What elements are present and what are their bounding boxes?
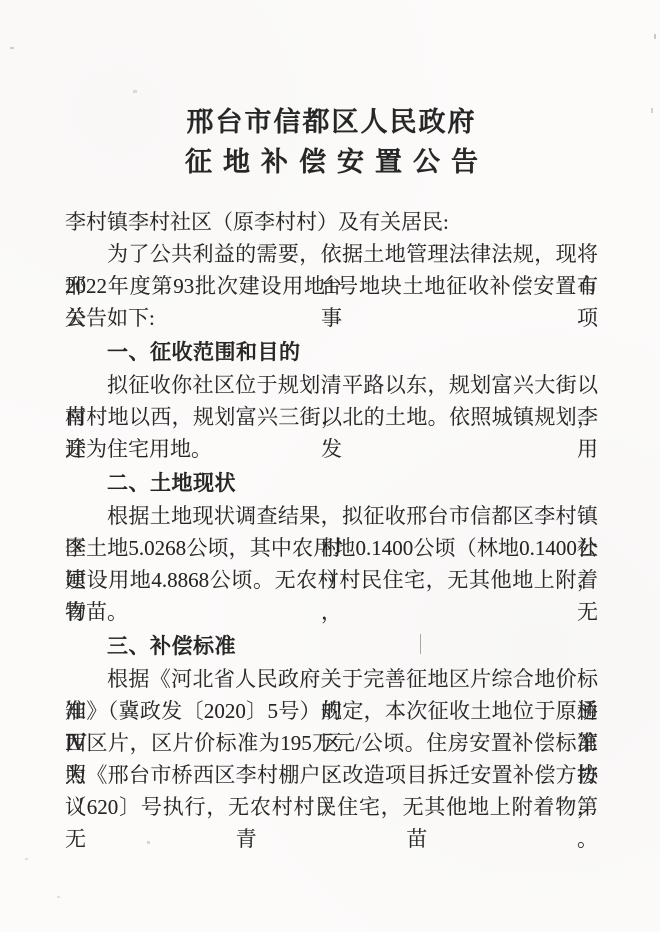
section2-heading: 二、土地现状 — [65, 468, 598, 500]
section2-line-1: 根据土地现状调查结果，拟征收邢台市信都区李村镇李村社 — [65, 500, 598, 532]
intro-line-2: 2022年度第93批次建设用地1号地块土地征收补偿安置有关事项 — [65, 270, 598, 302]
title-subject: 征地补偿安置公告 — [65, 144, 598, 180]
section1-line-2: 村村地以西，规划富兴三街以北的土地。依照城镇规划，开发用 — [65, 401, 598, 433]
scan-speck — [57, 896, 60, 898]
section3-line-1: 根据《河北省人民政府关于完善征地区片综合地价标准的通 — [65, 663, 598, 695]
section3-line-4: 照《邢台市桥西区李村棚户区改造项目拆迁安置补偿方协议》第 — [65, 759, 598, 791]
notice-body: 李村镇李村社区（原李村村）及有关居民: 为了公共利益的需要，依据土地管理法律法规… — [65, 206, 598, 823]
scan-speck — [654, 34, 656, 39]
scan-speck — [651, 108, 653, 113]
section3-line-2: 知》（冀政发〔2020〕5号）规定，本次征收土地位于原桥西区第 — [65, 695, 598, 727]
title-issuer: 邢台市信都区人民政府 — [65, 104, 598, 140]
section1-heading: 一、征收范围和目的 — [65, 337, 598, 369]
document-title: 邢台市信都区人民政府 征地补偿安置公告 — [65, 104, 598, 180]
section3-line-5: 〔620〕号执行，无农村村民住宅，无其他地上附着物，无青苗。 — [65, 791, 598, 823]
section2-line-2: 区土地5.0268公顷，其中农用地0.1400公顷（林地0.1400公顷）， — [65, 532, 598, 564]
intro-line-1: 为了公共利益的需要，依据土地管理法律法规，现将邢台市 — [65, 238, 598, 270]
section3-line-3: Ⅳ区片，区片价标准为195万元/公顷。住房安置补偿标准为: 按 — [65, 727, 598, 759]
section2-line-3: 建设用地4.8868公顷。无农村村民住宅，无其他地上附着物，无 — [65, 564, 598, 596]
salutation-line: 李村镇李村社区（原李村村）及有关居民: — [65, 206, 598, 238]
scan-speck — [10, 47, 14, 49]
section1-line-1: 拟征收你社区位于规划清平路以东，规划富兴大街以南，李 — [65, 369, 598, 401]
section3-heading: 三、补偿标准 — [65, 631, 598, 663]
scan-speck — [133, 90, 137, 93]
scanned-notice-page: 邢台市信都区人民政府 征地补偿安置公告 李村镇李村社区（原李村村）及有关居民: … — [0, 0, 660, 932]
scan-speck — [25, 858, 28, 860]
